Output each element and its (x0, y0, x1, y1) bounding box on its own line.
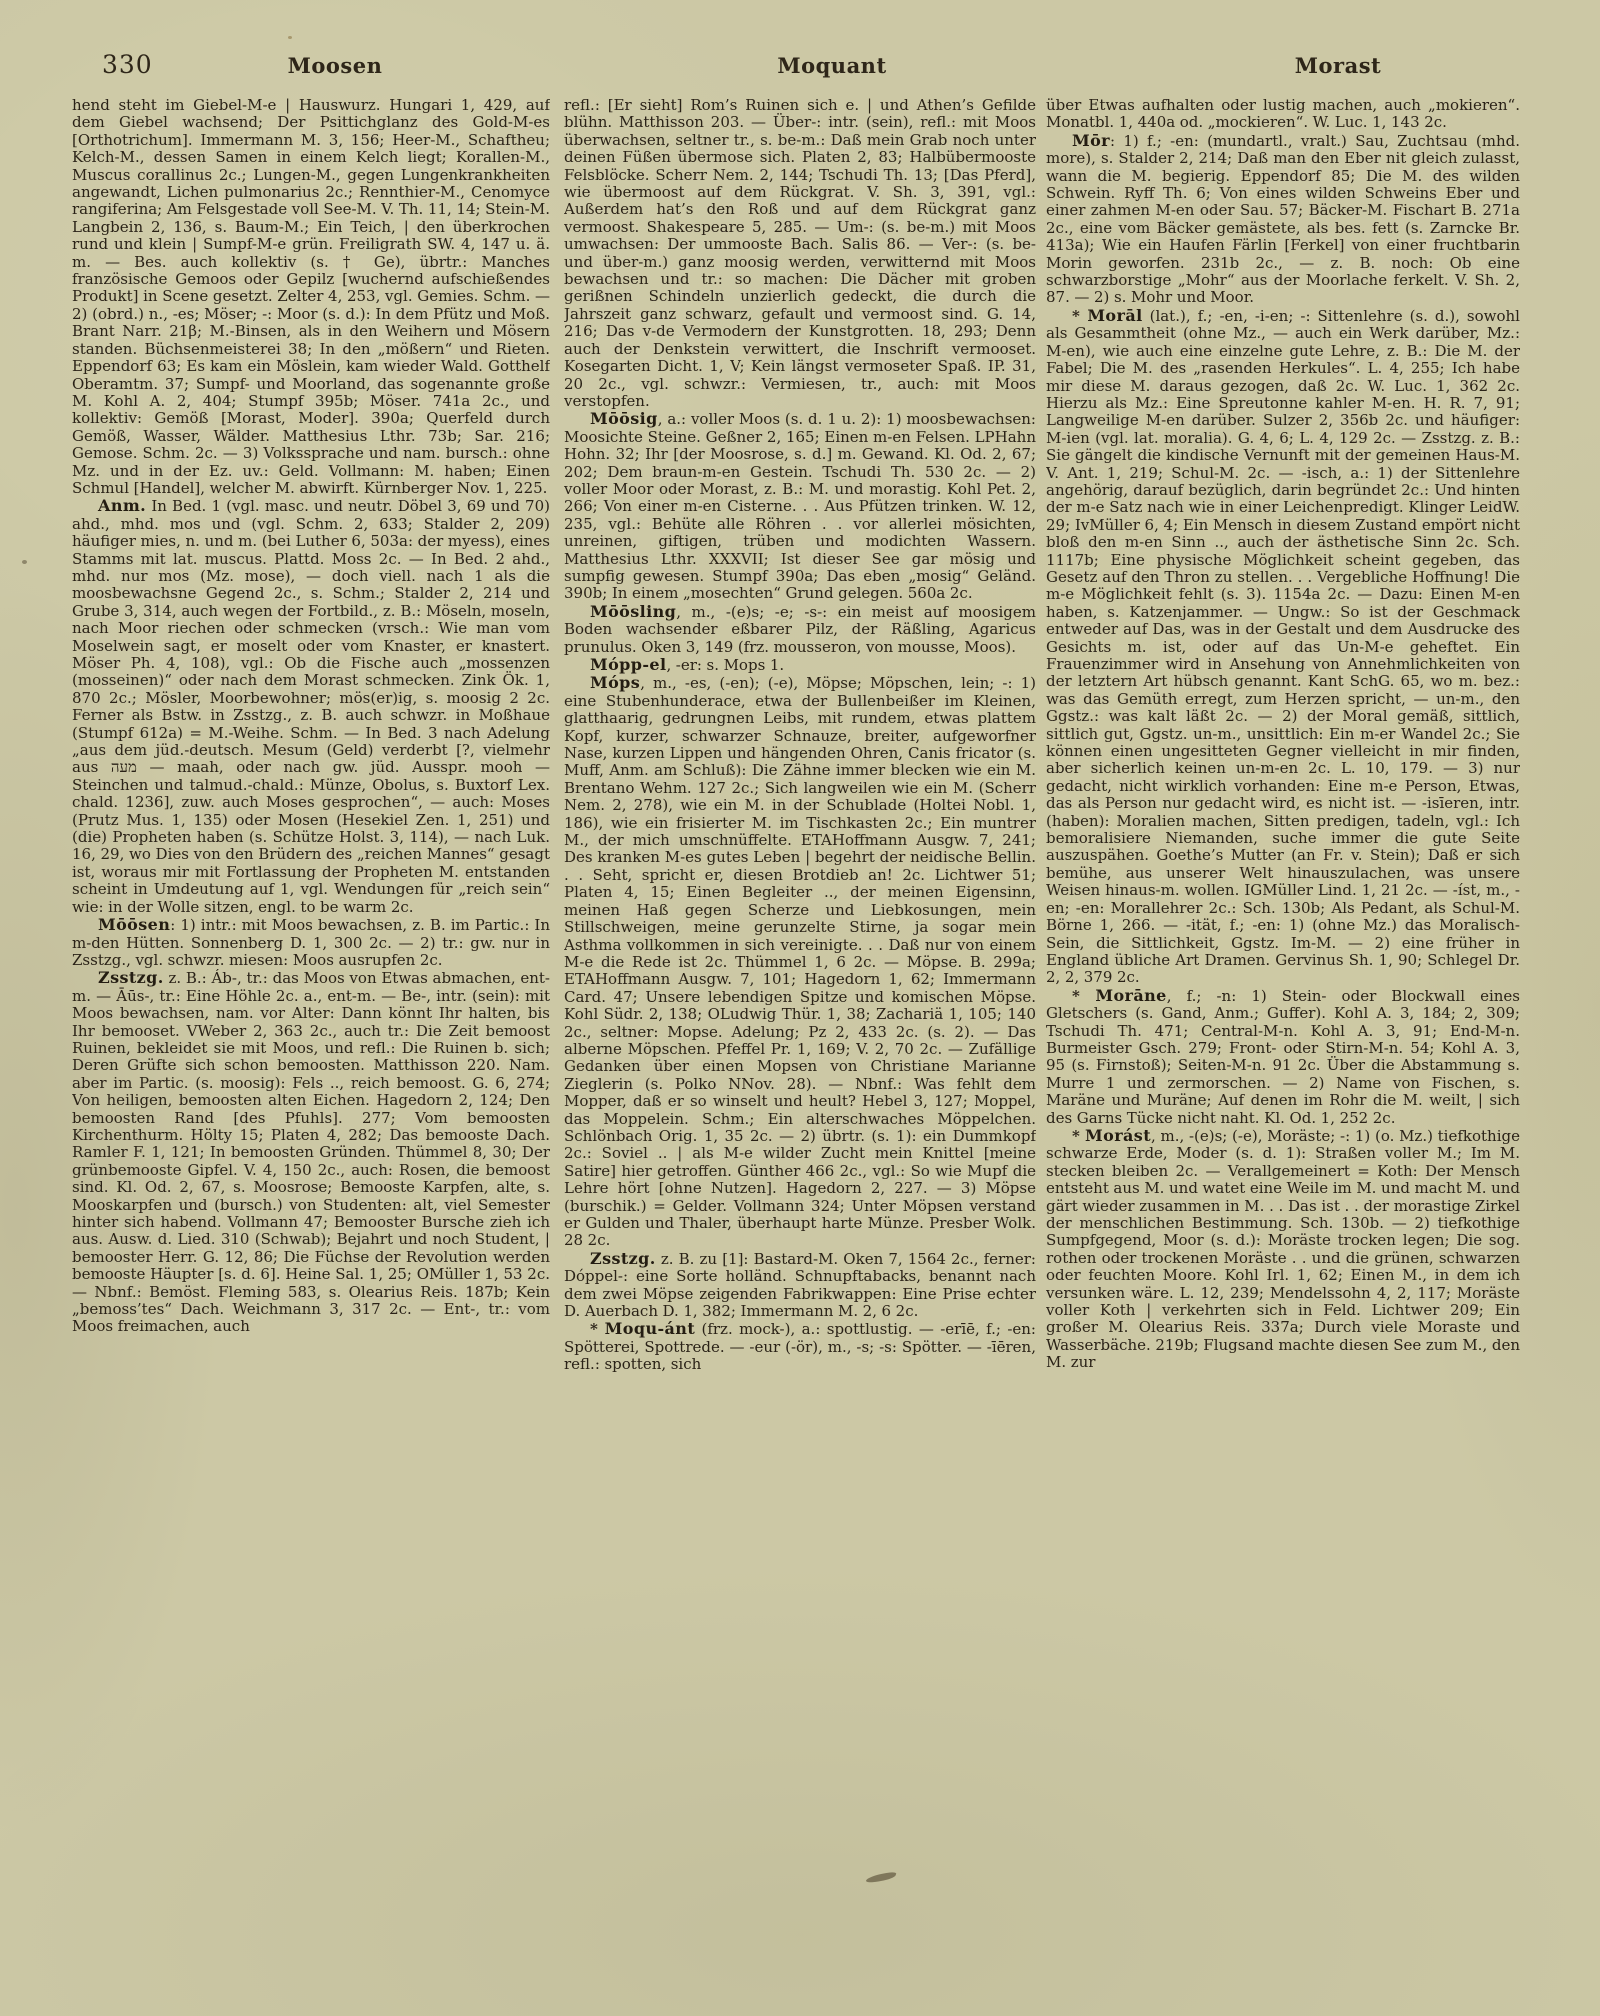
entry-headword: Mōōsen (98, 915, 170, 934)
entry-headword: Zsstzg. (590, 1249, 656, 1268)
entry-paragraph: Anm. In Bed. 1 (vgl. masc. und neutr. Dö… (72, 497, 550, 916)
entry-paragraph: Mópp-el, -er: s. Mops 1. (564, 656, 1036, 674)
entry-star-mark: * (1072, 987, 1095, 1005)
entry-headword: Mōr (1072, 131, 1110, 150)
entry-paragraph: Mōr: 1) f.; -en: (mundartl., vralt.) Sau… (1046, 132, 1520, 307)
running-title-column-3: Morast (1295, 53, 1381, 78)
entry-paragraph: * Morāl (lat.), f.; -en, -i-en; -: Sitte… (1046, 307, 1520, 987)
text-column-1: hend steht im Giebel-M-e | Hauswurz. Hun… (72, 97, 550, 1657)
paper-speck (22, 560, 27, 564)
running-title-column-1: Moosen (288, 53, 383, 78)
dictionary-page-scan: { "page": { "number": "330", "paper_colo… (0, 0, 1600, 2016)
entry-paragraph: Zsstzg. z. B. zu [1]: Bastard-M. Oken 7,… (564, 1250, 1036, 1321)
entry-paragraph: * Moqu-ánt (frz. mock-), a.: spottlustig… (564, 1320, 1036, 1373)
entry-paragraph: refl.: [Er sieht] Rom’s Ruinen sich e. |… (564, 97, 1036, 410)
entry-paragraph: hend steht im Giebel-M-e | Hauswurz. Hun… (72, 97, 550, 497)
entry-paragraph: * Morāne, f.; -n: 1) Stein- oder Blockwa… (1046, 987, 1520, 1127)
entry-star-mark: * (1072, 1127, 1085, 1145)
page-number: 330 (102, 50, 153, 79)
entry-headword: Mōōsling (590, 602, 676, 621)
entry-paragraph: Zsstzg. z. B.: Áb-, tr.: das Moos von Et… (72, 969, 550, 1336)
entry-paragraph: über Etwas aufhalten oder lustig machen,… (1046, 97, 1520, 132)
running-title-column-2: Moquant (777, 53, 886, 78)
entry-headword: Morást (1085, 1126, 1151, 1145)
entry-paragraph: * Morást, m., -(e)s; (-e), Moräste; -: 1… (1046, 1127, 1520, 1372)
entry-headword: Mópp-el (590, 655, 666, 674)
entry-headword: Morāne (1095, 986, 1166, 1005)
page-header: 330 Moosen Moquant Morast (0, 48, 1600, 84)
entry-star-mark: * (590, 1320, 605, 1338)
entry-headword: Zsstzg. (98, 968, 164, 987)
entry-paragraph: Mōōsen: 1) intr.: mit Moos bewachsen, z.… (72, 916, 550, 969)
entry-paragraph: Móps, m., -es, (-en); (-e), Möpse; Möpsc… (564, 674, 1036, 1249)
entry-headword: Moqu-ánt (605, 1319, 695, 1338)
text-column-3: über Etwas aufhalten oder lustig machen,… (1046, 97, 1520, 1657)
entry-paragraph: Mōōsling, m., -(e)s; -e; -s-: ein meist … (564, 603, 1036, 656)
entry-headword: Morāl (1087, 306, 1142, 325)
entry-headword: Anm. (98, 496, 146, 515)
entry-paragraph: Mōōsig, a.: voller Moos (s. d. 1 u. 2): … (564, 410, 1036, 602)
paper-speck (288, 36, 292, 39)
entry-headword: Mōōsig (590, 409, 658, 428)
ink-smudge (865, 1871, 897, 1884)
entry-headword: Móps (590, 673, 640, 692)
entry-star-mark: * (1072, 307, 1087, 325)
text-column-2: refl.: [Er sieht] Rom’s Ruinen sich e. |… (564, 97, 1036, 1657)
